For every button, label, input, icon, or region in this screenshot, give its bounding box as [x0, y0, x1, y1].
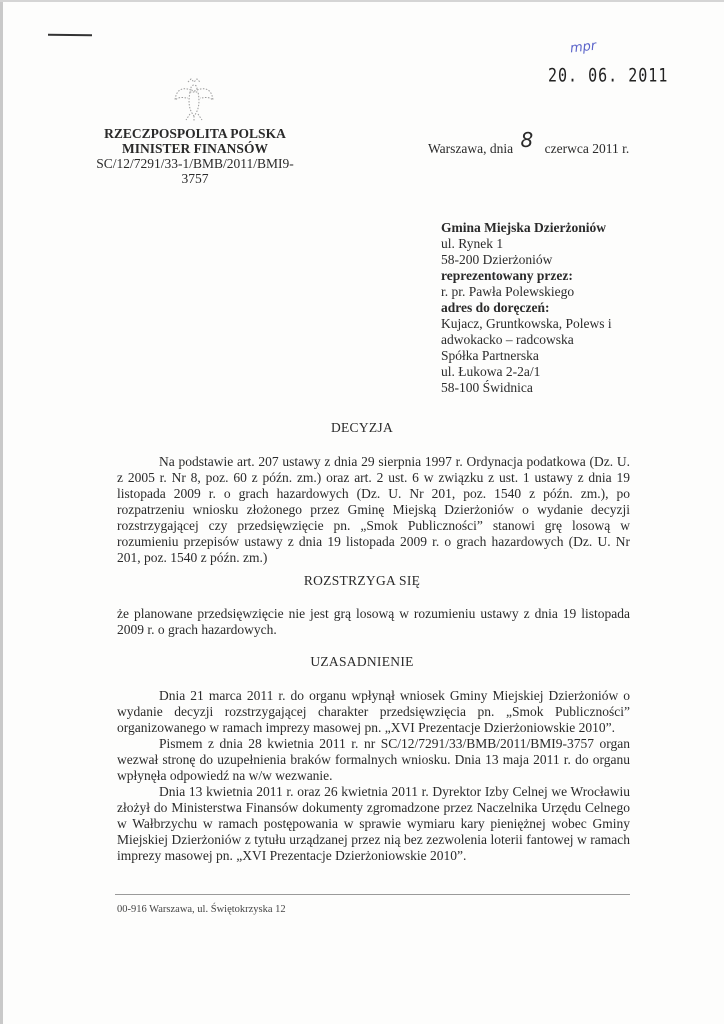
justification-text: Pismem z dnia 28 kwietnia 2011 r. nr SC/… [117, 736, 630, 783]
place-date-suffix: czerwca 2011 r. [545, 141, 630, 156]
addressee-block: Gmina Miejska Dzierżoniów ul. Rynek 1 58… [441, 220, 612, 396]
justification-paragraph: Pismem z dnia 28 kwietnia 2011 r. nr SC/… [117, 736, 630, 784]
addressee-street: ul. Rynek 1 [441, 236, 612, 252]
delivery-line: ul. Łukowa 2-2a/1 [441, 364, 612, 380]
handwritten-initials: mpr [569, 39, 597, 57]
scan-edge [0, 0, 3, 1024]
ruling-title: ROZSTRZYGA SIĘ [0, 573, 724, 589]
represented-label: reprezentowany przez: [441, 268, 612, 284]
reference-number: SC/12/7291/33-1/BMB/2011/BMI9- [80, 156, 310, 171]
received-stamp-date: 20. 06. 2011 [548, 64, 668, 87]
justification-text: Dnia 13 kwietnia 2011 r. oraz 26 kwietni… [117, 784, 630, 863]
delivery-label: adres do doręczeń: [441, 300, 612, 316]
footer-divider [115, 894, 630, 895]
justification-title: UZASADNIENIE [0, 654, 724, 670]
delivery-line: Kujacz, Gruntkowska, Polews i [441, 316, 612, 332]
representative: r. pr. Pawła Polewskiego [441, 284, 612, 300]
handwritten-day: 8 [521, 128, 534, 152]
issuer-minister: MINISTER FINANSÓW [80, 141, 310, 156]
handwritten-mark [48, 34, 92, 37]
delivery-line: Spółka Partnerska [441, 348, 612, 364]
footer-address: 00-916 Warszawa, ul. Świętokrzyska 12 [117, 904, 286, 915]
delivery-line: adwokacko – radcowska [441, 332, 612, 348]
delivery-line: 58-100 Świdnica [441, 380, 612, 396]
addressee-name: Gmina Miejska Dzierżoniów [441, 220, 612, 236]
decision-paragraph: Na podstawie art. 207 ustawy z dnia 29 s… [117, 454, 630, 566]
document-page: RZECZPOSPOLITA POLSKA MINISTER FINANSÓW … [0, 0, 724, 1024]
justification-paragraph: Dnia 13 kwietnia 2011 r. oraz 26 kwietni… [117, 784, 630, 864]
reference-number-cont: 3757 [80, 171, 310, 186]
place-date-prefix: Warszawa, dnia [428, 141, 513, 156]
decision-text: Na podstawie art. 207 ustawy z dnia 29 s… [117, 454, 630, 565]
justification-paragraph: Dnia 21 marca 2011 r. do organu wpłynął … [117, 688, 630, 736]
place-and-date: Warszawa, dnia 8 czerwca 2011 r. [428, 134, 629, 158]
issuer-country: RZECZPOSPOLITA POLSKA [80, 126, 310, 141]
addressee-city: 58-200 Dzierżoniów [441, 252, 612, 268]
decision-title: DECYZJA [0, 420, 724, 436]
issuer-block: RZECZPOSPOLITA POLSKA MINISTER FINANSÓW … [80, 126, 310, 186]
scan-edge [0, 0, 724, 2]
justification-text: Dnia 21 marca 2011 r. do organu wpłynął … [117, 688, 630, 735]
ruling-paragraph: że planowane przedsięwzięcie nie jest gr… [117, 606, 630, 638]
eagle-emblem-icon [172, 76, 216, 124]
